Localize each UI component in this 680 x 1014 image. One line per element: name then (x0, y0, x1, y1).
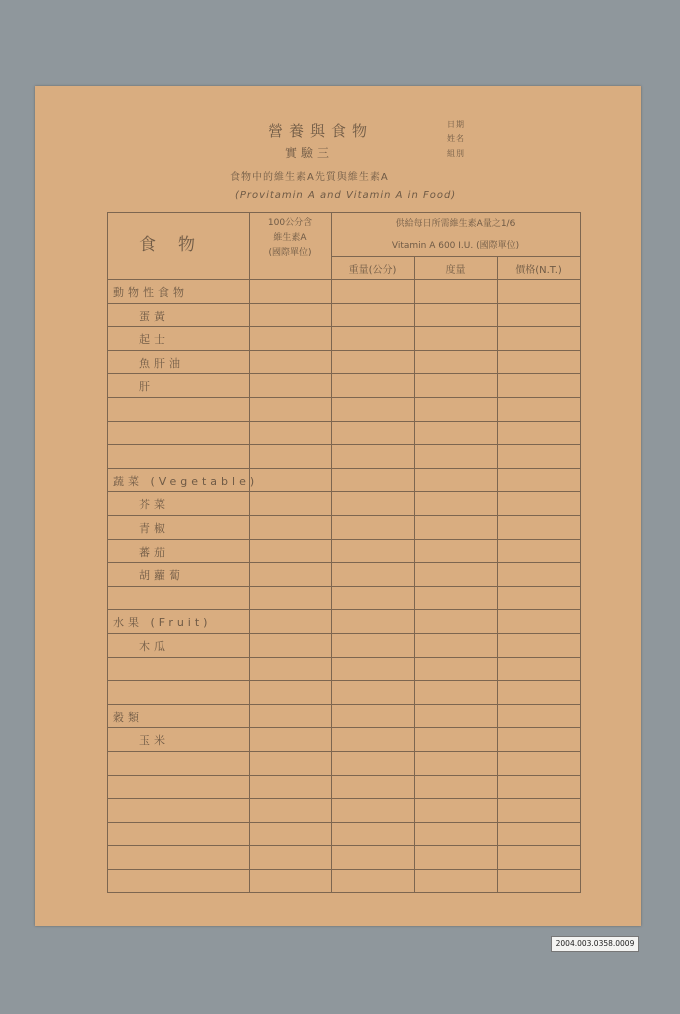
row-divider (107, 822, 581, 823)
row-divider (107, 704, 581, 705)
header-daily-requirement: 供給每日所需維生素A量之1/6 (331, 216, 580, 229)
header-price: 價格(N.T.) (497, 262, 580, 279)
row-divider (107, 515, 581, 516)
food-category-label: 蔬菜 (Vegetable) (113, 473, 258, 489)
food-item-label: 肝 (139, 378, 154, 394)
food-item-label: 胡蘿蔔 (139, 567, 184, 583)
meta-group-label: 組別 (447, 148, 465, 159)
food-item-label: 蕃茄 (139, 544, 169, 560)
description-english: (Provitamin A and Vitamin A in Food) (235, 190, 456, 201)
accession-number-label: 2004.003.0358.0009 (551, 936, 639, 952)
row-divider (107, 303, 581, 304)
food-item-label: 青椒 (139, 520, 169, 536)
row-divider (107, 326, 581, 327)
document-subtitle: 實驗三 (285, 144, 333, 161)
row-divider (107, 775, 581, 776)
row-divider (107, 279, 581, 280)
nutrition-table: 食物 100公分含 維生素A (國際單位) 供給每日所需維生素A量之1/6 Vi… (107, 212, 580, 893)
row-divider (107, 586, 581, 587)
row-divider (107, 845, 581, 846)
row-divider (107, 421, 581, 422)
row-divider (107, 444, 581, 445)
food-category-label: 水果 (Fruit) (113, 614, 211, 630)
row-divider (107, 609, 581, 610)
row-divider (107, 633, 581, 634)
row-divider (107, 562, 581, 563)
row-divider (107, 680, 581, 681)
table-border-bottom (107, 892, 581, 893)
food-item-label: 蛋黃 (139, 308, 169, 324)
description-chinese: 食物中的維生素A先質與維生素A (230, 168, 389, 183)
meta-date-label: 日期 (447, 119, 465, 130)
food-item-label: 木瓜 (139, 638, 169, 654)
food-category-label: 動物性食物 (113, 284, 188, 300)
row-divider (107, 539, 581, 540)
table-border-left (107, 212, 108, 893)
header-measure: 度量 (414, 262, 497, 279)
food-item-label: 芥菜 (139, 496, 169, 512)
column-divider (331, 212, 332, 893)
row-divider (107, 751, 581, 752)
row-divider (107, 468, 581, 469)
row-divider (107, 869, 581, 870)
food-category-label: 穀類 (113, 709, 143, 725)
header-subdivider (331, 256, 581, 257)
table-border-right (580, 212, 581, 893)
header-weight: 重量(公分) (331, 262, 414, 279)
worksheet-paper: 營養與食物 實驗三 日期 姓名 組別 食物中的維生素A先質與維生素A (Prov… (35, 86, 641, 926)
row-divider (107, 727, 581, 728)
row-divider (107, 798, 581, 799)
header-vitamin-iu: Vitamin A 600 I.U. (國際單位) (331, 238, 580, 251)
document-title: 營養與食物 (268, 120, 373, 141)
row-divider (107, 397, 581, 398)
header-vitamin-per-100g: 100公分含 維生素A (國際單位) (249, 216, 331, 261)
meta-name-label: 姓名 (447, 133, 465, 144)
header-food: 食物 (107, 212, 249, 279)
column-divider (249, 212, 250, 893)
row-divider (107, 373, 581, 374)
food-item-label: 起士 (139, 331, 169, 347)
food-item-label: 魚肝油 (139, 355, 184, 371)
row-divider (107, 350, 581, 351)
food-item-label: 玉米 (139, 732, 169, 748)
row-divider (107, 491, 581, 492)
row-divider (107, 657, 581, 658)
